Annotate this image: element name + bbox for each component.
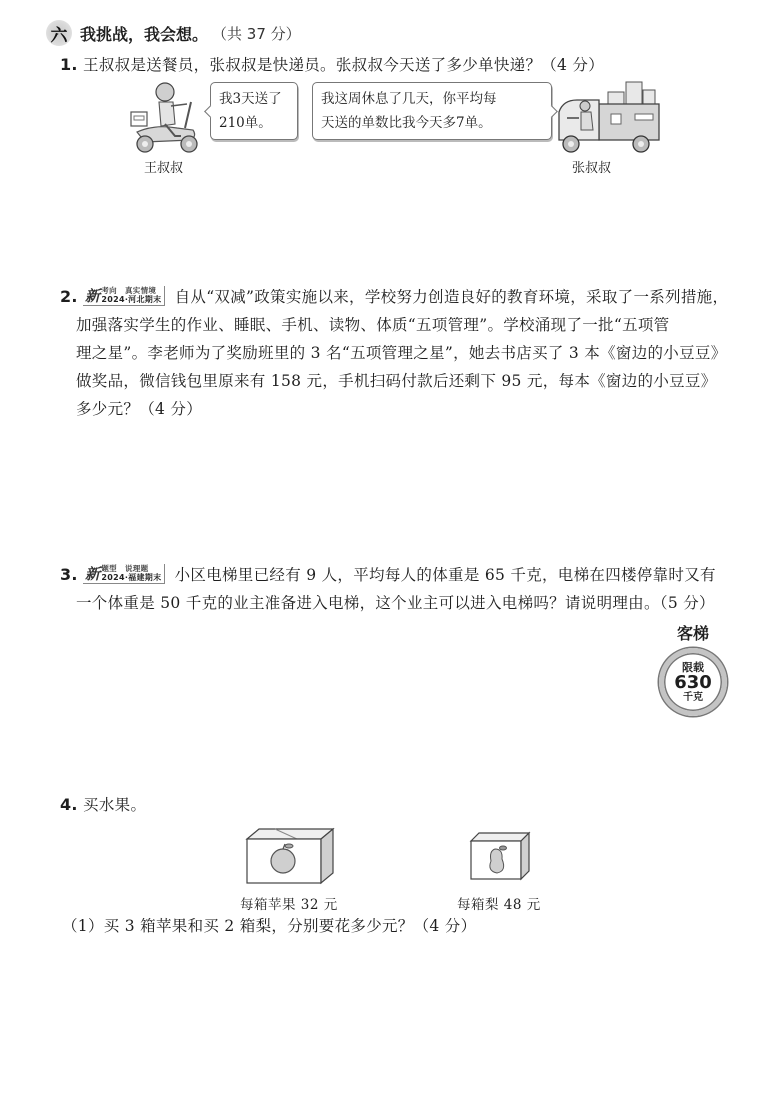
tag-label: 题型 (101, 564, 117, 573)
load-limit-ring: 限载 630 千克 (659, 648, 727, 716)
question-1: 1. 王叔叔是送餐员，张叔叔是快递员。张叔叔今天送了多少单快递？（4 分） (60, 51, 604, 79)
question-text: 一个体重是 50 千克的业主准备进入电梯，这个业主可以进入电梯吗？请说明理由。（… (76, 589, 716, 617)
sign-unit: 千克 (683, 692, 703, 703)
question-number: 2. (60, 287, 78, 306)
tag-label: 考向 (101, 286, 117, 295)
question-4: 4. 买水果。 (60, 791, 146, 819)
elevator-load-sign: 客梯 限载 630 千克 (658, 621, 728, 716)
tag-new: 新 (85, 288, 100, 304)
question-title: 买水果。 (83, 796, 146, 814)
delivery-tricycle-illustration (553, 78, 665, 156)
apple-box-icon (245, 827, 335, 885)
tag-new: 新 (85, 566, 100, 582)
question-text: 加强落实学生的作业、睡眠、手机、读物、体质“五项管理”。学校涌现了一批“五项管 (76, 311, 728, 339)
caption-wang: 王叔叔 (144, 157, 183, 176)
question-number: 3. (60, 565, 78, 584)
speech-bubble-zhang: 我这周休息了几天，你平均每 天送的单数比我今天多7单。 (312, 82, 552, 140)
section-header: 六 我挑战，我会想。 （共 37 分） (46, 20, 301, 46)
section-number-badge: 六 (46, 20, 72, 46)
section-title: 我挑战，我会想。 (80, 22, 208, 45)
question-text: 理之星”。李老师为了奖励班里的 3 名“五项管理之星”，她去书店买了 3 本《窗… (76, 339, 728, 367)
question-text: 做奖品，微信钱包里原来有 158 元，手机扫码付款后还剩下 95 元，每本《窗边… (76, 367, 728, 395)
sign-title: 客梯 (658, 621, 728, 644)
pear-price-caption: 每箱梨 48 元 (457, 893, 541, 913)
new-exam-tag: 新 题型说理题 2024·福建期末 (83, 564, 165, 584)
apple-price-caption: 每箱苹果 32 元 (240, 893, 338, 913)
tag-label: 真实情境 (125, 286, 156, 295)
speech-bubble-wang: 我3天送了 210单。 (210, 82, 298, 140)
bubble-tail (204, 105, 217, 118)
bubble-line: 我3天送了 (219, 87, 289, 111)
tag-source: 2024·福建期末 (101, 573, 161, 582)
question-4-part-1: （1）买 3 箱苹果和买 2 箱梨，分别要花多少元？（4 分） (62, 912, 476, 940)
question-2: 2. 新 考向真实情境 2024·河北期末 自从“双减”政策实施以来，学校努力创… (60, 283, 728, 423)
tag-source: 2024·河北期末 (101, 295, 161, 304)
new-exam-tag: 新 考向真实情境 2024·河北期末 (83, 286, 165, 306)
section-score: （共 37 分） (212, 23, 301, 44)
sign-value: 630 (674, 674, 712, 692)
bubble-line: 天送的单数比我今天多7单。 (321, 111, 543, 135)
pear-box-icon (469, 831, 531, 881)
question-3: 3. 新 题型说理题 2024·福建期末 小区电梯里已经有 9 人，平均每人的体… (60, 561, 716, 617)
scooter-rider-illustration (125, 80, 205, 155)
question-text: 多少元？（4 分） (76, 395, 728, 423)
question-text: 小区电梯里已经有 9 人，平均每人的体重是 65 千克，电梯在四楼停靠时又有 (175, 566, 716, 584)
tag-label: 说理题 (125, 564, 148, 573)
question-number: 4. (60, 795, 78, 814)
question-text: 王叔叔是送餐员，张叔叔是快递员。张叔叔今天送了多少单快递？（4 分） (83, 56, 604, 74)
caption-zhang: 张叔叔 (572, 157, 611, 176)
bubble-line: 210单。 (219, 111, 289, 135)
question-number: 1. (60, 55, 78, 74)
bubble-line: 我这周休息了几天，你平均每 (321, 87, 543, 111)
question-text: 自从“双减”政策实施以来，学校努力创造良好的教育环境，采取了一系列措施， (175, 288, 729, 306)
